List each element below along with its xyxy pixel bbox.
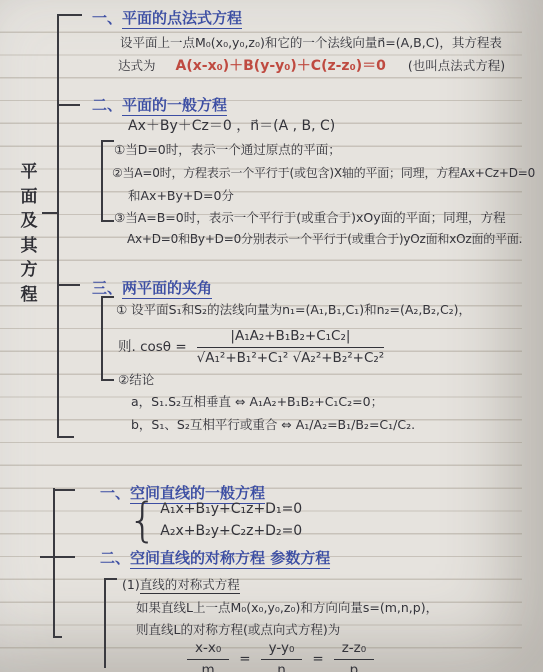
line-section1-number: 一、 <box>100 484 130 502</box>
brace-topic1-vertical <box>57 14 59 438</box>
fraction-x-denominator: m <box>187 660 229 672</box>
brace-topic1-bottom-hook <box>57 436 74 438</box>
section2-number: 二、 <box>92 96 122 114</box>
brace-items-123-top <box>101 140 114 142</box>
general-plane-item1: ①当D=0时，表示一个通过原点的平面； <box>114 142 341 158</box>
cos-theta-formula: 则. cosθ = |A₁A₂+B₁B₂+C₁C₂| √A₁²+B₁²+C₁² … <box>118 328 388 367</box>
general-plane-item3-line1: ③当A=B=0时，表示一个平行于(或重合于)xOy面的平面；同理，方程 <box>114 210 506 226</box>
margin-topic-label: 平 面 及 其 方 程 <box>19 160 39 307</box>
formula-prefix: 达式为 <box>118 58 156 73</box>
brace-tick-section1 <box>57 14 82 16</box>
section2-title-text: 平面的一般方程 <box>122 96 227 116</box>
brace-tick-section3 <box>57 284 80 286</box>
label-char: 其 <box>19 234 39 259</box>
system-curly-brace: { <box>128 493 157 547</box>
label-char: 及 <box>19 209 39 234</box>
brace-items-123-bottom <box>101 220 114 222</box>
cos-theta-fraction: |A₁A₂+B₁B₂+C₁C₂| √A₁²+B₁²+C₁² √A₂²+B₂²+C… <box>197 328 385 367</box>
brace-angle-items-bottom <box>101 379 114 381</box>
point-normal-body-line1: 设平面上一点M₀(x₀,y₀,z₀)和它的一个法线向量n⃗=(A,B,C)，其方… <box>120 35 502 51</box>
general-plane-item2-line2: 和Ax+By+D=0分 <box>128 188 234 204</box>
symmetric-body-line1: 如果直线L上一点M₀(x₀,y₀,z₀)和方向向量s=(m,n,p)， <box>136 600 438 616</box>
conclusion-b: b，S₁、S₂互相平行或重合 ⇔ A₁/A₂=B₁/B₂=C₁/C₂. <box>131 417 415 433</box>
brace-tick-line-section2 <box>53 556 75 558</box>
angle-item1: ① 设平面S₁和S₂的法线向量为n₁=(A₁,B₁,C₁)和n₂=(A₂,B₂,… <box>116 302 471 318</box>
system-equation-2: A₂x+B₂y+C₂z+D₂=0 <box>160 523 302 541</box>
section1-title-text: 平面的点法式方程 <box>122 9 242 29</box>
fraction-z: z-z₀ p <box>334 640 374 672</box>
general-plane-item3-line2: Ax+D=0和By+D=0分别表示一个平行于(或重合于)yOz面和xOz面的平面… <box>127 232 522 247</box>
section3-title-text: 两平面的夹角 <box>122 279 212 299</box>
system-equation-1: A₁x+B₁y+C₁z+D₁=0 <box>160 501 302 519</box>
section1-number: 一、 <box>92 9 122 27</box>
cos-theta-denominator: √A₁²+B₁²+C₁² √A₂²+B₂²+C₂² <box>197 348 385 367</box>
general-plane-equation: Ax＋By＋Cz＝0 ，n⃗＝(A , B, C) <box>128 118 335 136</box>
cos-theta-numerator: |A₁A₂+B₁B₂+C₁C₂| <box>197 328 385 348</box>
symmetric-body-line2: 则直线L的对称方程(或点向式方程)为 <box>136 622 340 638</box>
general-plane-item2-line1: ②当A=0时，方程表示一个平行于(或包含)X轴的平面；同理，方程Ax+Cz+D=… <box>112 166 535 181</box>
label-char: 平 <box>19 160 39 185</box>
brace-items-123-vertical <box>101 140 103 222</box>
fraction-y-denominator: n <box>261 660 303 672</box>
symmetric-subheading-number: (1) <box>122 577 140 592</box>
fraction-z-denominator: p <box>334 660 374 672</box>
fraction-y: y-y₀ n <box>261 640 303 672</box>
brace-symmetric-vertical <box>104 578 106 668</box>
equals-sign: = <box>312 651 323 668</box>
fraction-x: x-x₀ m <box>187 640 229 672</box>
brace-label-connector <box>42 212 57 214</box>
line-section2-title: 二、空间直线的对称方程 参数方程 <box>100 549 330 568</box>
fraction-x-numerator: x-x₀ <box>187 640 229 660</box>
label-char: 程 <box>19 283 39 308</box>
conclusion-a: a，S₁.S₂互相垂直 ⇔ A₁A₂+B₁B₂+C₁C₂=0； <box>131 394 383 410</box>
brace-topic2-bottom-hook <box>53 636 62 638</box>
line-general-system: { A₁x+B₁y+C₁z+D₁=0 A₂x+B₂y+C₂z+D₂=0 <box>128 500 302 541</box>
fraction-y-numerator: y-y₀ <box>261 640 303 660</box>
notebook-page: 平 面 及 其 方 程 一、平面的点法式方程 设平面上一点M₀(x₀,y₀,z₀… <box>0 0 543 672</box>
label-char: 方 <box>19 258 39 283</box>
section2-title: 二、平面的一般方程 <box>92 96 227 115</box>
brace-symmetric-top <box>104 578 117 580</box>
equals-sign: = <box>239 651 250 668</box>
line-section2-number: 二、 <box>100 549 130 567</box>
section3-title: 三、两平面的夹角 <box>92 279 212 298</box>
point-normal-body-line2: 达式为 A(x-x₀)＋B(y-y₀)＋C(z-z₀)＝0 (也叫点法式方程) <box>118 58 505 76</box>
label-char: 面 <box>19 185 39 210</box>
brace-angle-items-vertical <box>101 296 103 381</box>
brace-topic2-vertical <box>53 488 55 638</box>
conclusion-heading: ②结论 <box>118 372 154 388</box>
brace-tick-section2 <box>57 104 80 106</box>
symmetric-subheading-text: 直线的对称式方程 <box>140 577 240 594</box>
line-section2-title-text: 空间直线的对称方程 参数方程 <box>130 549 330 569</box>
fraction-z-numerator: z-z₀ <box>334 640 374 660</box>
symmetric-subheading: (1)直线的对称式方程 <box>122 577 240 593</box>
section3-number: 三、 <box>92 279 122 297</box>
cos-theta-lhs: 则. cosθ = <box>118 339 187 356</box>
point-normal-note: (也叫点法式方程) <box>408 58 505 73</box>
section1-title: 一、平面的点法式方程 <box>92 9 242 28</box>
point-normal-formula: A(x-x₀)＋B(y-y₀)＋C(z-z₀)＝0 <box>176 58 386 74</box>
symmetric-equation: x-x₀ m = y-y₀ n = z-z₀ p <box>183 640 378 672</box>
brace-tick-line-section1 <box>53 489 75 491</box>
brace-topic2-left-tick <box>40 556 53 558</box>
